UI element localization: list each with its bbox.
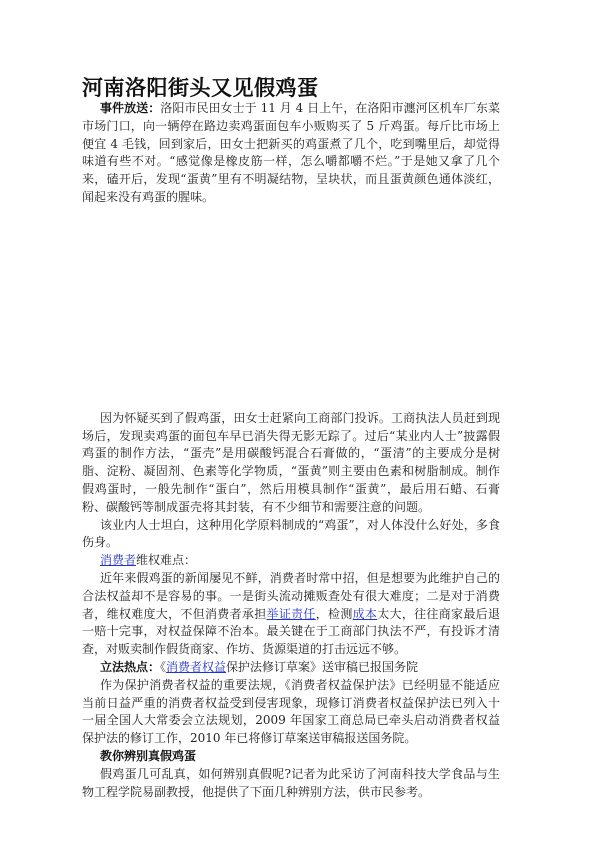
legislation-heading: 立法热点：《消费者权益保护法修订草案》送审稿已报国务院 [82, 659, 500, 677]
missing-image-placeholder [82, 207, 500, 410]
burden-of-proof-link[interactable]: 举证责任 [267, 607, 316, 621]
event-lead-label: 事件放送： [100, 101, 160, 115]
consumer-rights-paragraph: 近年来假鸡蛋的新闻屡见不鲜，消费者时常中招，但是想要为此维护自己的合法权益却不是… [82, 570, 500, 659]
document-page: 河南洛阳街头又见假鸡蛋 事件放送：洛阳市民田女士于 11 月 4 日上午，在洛阳… [82, 76, 500, 801]
consumer-rights-heading: 消费者维权难点： [82, 552, 500, 570]
article-title: 河南洛阳街头又见假鸡蛋 [82, 76, 500, 100]
identify-eggs-paragraph: 假鸡蛋几可乱真，如何辨别真假呢?记者为此采访了河南科技大学食品与生物工程学院易副… [82, 766, 500, 802]
identify-eggs-heading: 教你辨别真假鸡蛋 [82, 748, 500, 766]
consumer-link[interactable]: 消费者 [100, 553, 136, 567]
event-text: 洛阳市民田女士于 11 月 4 日上午，在洛阳市瀍河区机车厂东菜市场门口，向一辆… [82, 101, 500, 204]
event-paragraph: 事件放送：洛阳市民田女士于 11 月 4 日上午，在洛阳市瀍河区机车厂东菜市场门… [82, 100, 500, 207]
insider-paragraph: 该业内人士坦白，这种用化学原料制成的“鸡蛋”，对人体没什么好处，多食伤身。 [82, 517, 500, 553]
legislation-paragraph: 作为保护消费者权益的重要法规，《消费者权益保护法》已经明显不能适应当前日益严重的… [82, 677, 500, 748]
legislation-lead-label: 立法热点： [100, 660, 160, 674]
cost-link[interactable]: 成本 [353, 607, 378, 621]
rights-text-2: ，检测 [316, 607, 353, 621]
consumer-heading-rest: 维权难点： [136, 553, 196, 567]
legislation-title-rest: 保护法修订草案》送审稿已报国务院 [226, 660, 418, 674]
complaint-paragraph: 因为怀疑买到了假鸡蛋，田女士赶紧向工商部门投诉。工商执法人员赶到现场后，发现卖鸡… [82, 410, 500, 517]
consumer-rights-link[interactable]: 消费者权益 [166, 660, 226, 674]
